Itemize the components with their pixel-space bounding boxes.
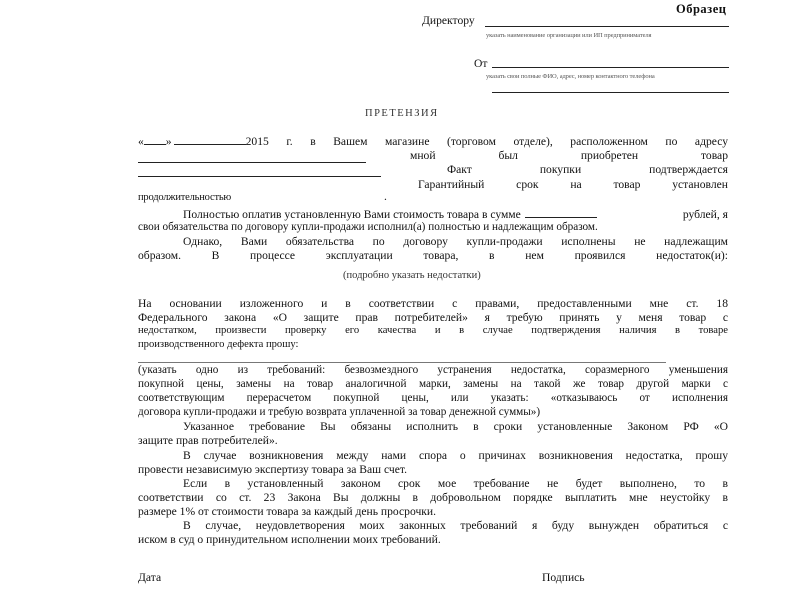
intro-line-3: Факт покупки подтверждается <box>447 163 728 176</box>
from-label: От <box>474 57 487 70</box>
basis-line-4: производственного дефекта прошу: <box>138 339 299 350</box>
penalty-line-2: соответствии со ст. 23 Закона Вы должны … <box>138 491 728 504</box>
intro-line-4: Гарантийный срок на товар установлен <box>418 178 728 191</box>
intro-line-5: продолжительностью <box>138 192 231 203</box>
defect-line-1: Однако, Вами обязательства по договору к… <box>183 235 728 248</box>
director-label: Директору <box>422 14 475 27</box>
demand-hint-line-4: договора купли-продажи и требую возврата… <box>138 406 540 418</box>
day-field[interactable] <box>144 134 166 145</box>
sample-stamp: Образец <box>676 2 726 17</box>
penalty-line-3: размере 1% от стоимости товара за каждый… <box>138 505 436 518</box>
demand-field[interactable] <box>138 362 666 363</box>
signature-label: Подпись <box>542 571 585 584</box>
amount-field[interactable] <box>525 207 597 218</box>
basis-line-3: недостатком, произвести проверку его кач… <box>138 325 728 336</box>
dispute-line-1: В случае возникновения между нами спора … <box>183 449 728 462</box>
intro-line-1: « » 2015 г. в Вашем магазине (торговом о… <box>138 134 728 148</box>
from-field[interactable] <box>492 67 729 68</box>
product-field[interactable] <box>138 176 381 177</box>
intro-line-5-end: . <box>384 190 387 203</box>
director-field[interactable] <box>485 26 729 27</box>
defect-hint: (подробно указать недостатки) <box>343 270 481 281</box>
penalty-line-1: Если в установленный законом срок мое тр… <box>183 477 728 490</box>
from-hint: указать свои полные ФИО, адрес, номер ко… <box>486 73 655 80</box>
from-field-2[interactable] <box>492 92 729 93</box>
document-title: ПРЕТЕНЗИЯ <box>365 108 439 119</box>
basis-line-1: На основании изложенного и в соответстви… <box>138 297 728 310</box>
demand-hint-line-2: покупной цены, замены на товар аналогичн… <box>138 378 728 390</box>
court-line-2: иском в суд о принудительном исполнении … <box>138 533 441 546</box>
payment-line-2: свои обязательства по договору купли-про… <box>138 221 598 233</box>
demand-hint-line-3: соответствующим перерасчетом покупной це… <box>138 392 728 404</box>
dispute-line-2: провести независимую экспертизу товара з… <box>138 463 407 476</box>
court-line-1: В случае, неудовлетворения моих законных… <box>183 519 728 532</box>
date-label: Дата <box>138 571 161 584</box>
basis-line-2: Федерального закона «О защите прав потре… <box>138 311 728 324</box>
defect-line-2: образом. В процессе эксплуатации товара,… <box>138 249 728 262</box>
payment-line-1: Полностью оплатив установленную Вами сто… <box>138 207 728 221</box>
address-field[interactable] <box>138 162 366 163</box>
intro-line-2: мной был приобретен товар <box>410 149 728 162</box>
deadline-line-1: Указанное требование Вы обязаны исполнит… <box>183 420 728 433</box>
deadline-line-2: защите прав потребителей». <box>138 434 278 447</box>
month-field[interactable] <box>174 134 246 145</box>
director-hint: указать наименование организации или ИП … <box>486 32 651 39</box>
demand-hint-line-1: (указать одно из требований: безвозмездн… <box>138 364 728 376</box>
